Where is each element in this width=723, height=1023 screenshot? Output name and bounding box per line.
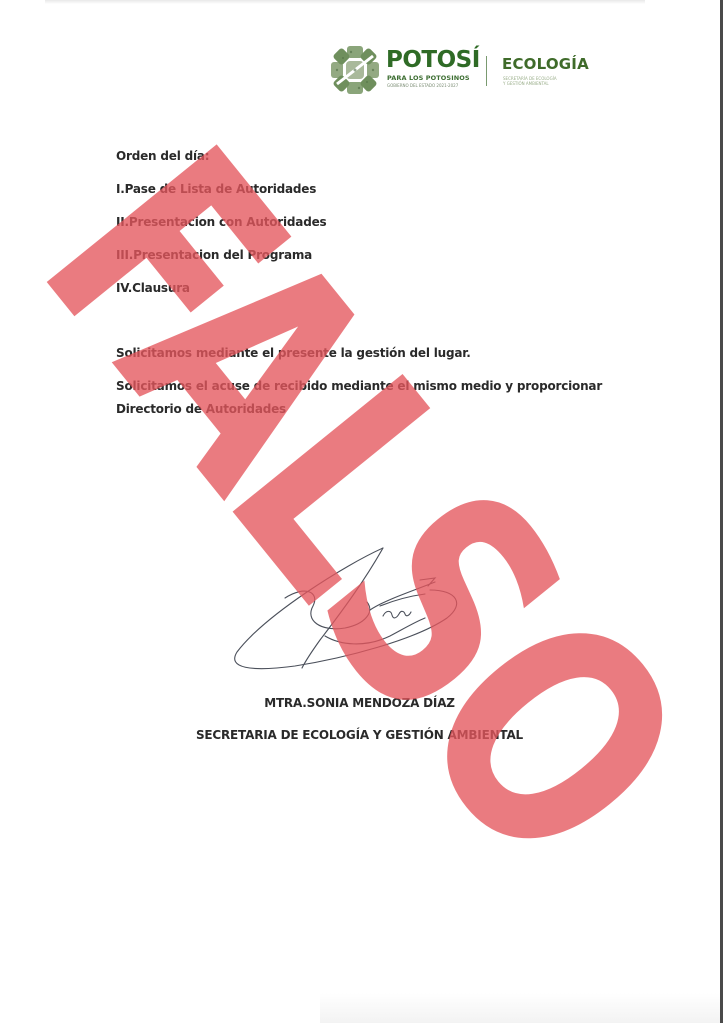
agenda-item: II.Presentacion con Autoridades [116,215,326,229]
ecologia-logo-subtitle: SECRETARÍA DE ECOLOGÍA Y GESTIÓN AMBIENT… [503,76,573,86]
signatory-title: SECRETARIA DE ECOLOGÍA Y GESTIÓN AMBIENT… [0,728,719,742]
ecologia-subtitle-line2: Y GESTIÓN AMBIENTAL [503,81,573,86]
falso-stamp-text: FALSO [0,91,723,920]
handwritten-signature-icon [225,540,475,685]
agenda-item: I.Pase de Lista de Autoridades [116,182,316,196]
falso-stamp: FALSO [0,0,723,1023]
potosi-logo-title: POTOSÍ [386,49,480,72]
page-top-shadow [45,0,645,4]
document-page: POTOSÍ PARA LOS POTOSINOS GOBIERNO DEL E… [0,0,719,1023]
ecologia-logo-title: ECOLOGÍA [502,57,589,72]
agenda-item: IV.Clausura [116,281,190,295]
potosi-logo-subtitle: PARA LOS POTOSINOS [387,74,470,82]
agenda-item: III.Presentacion del Programa [116,248,312,262]
potosi-emblem-icon [329,44,381,96]
potosi-logo-government-line: GOBIERNO DEL ESTADO 2021-2027 [387,83,458,88]
page-bottom-shadow [320,993,720,1023]
logo-divider [486,56,487,86]
agenda-heading: Orden del día: [116,149,209,163]
request-paragraph: Solicitamos mediante el presente la gest… [116,346,471,360]
request-paragraph: Solicitamos el acuse de recibido mediant… [116,379,602,393]
signatory-name: MTRA.SONIA MENDOZA DÍAZ [0,696,719,710]
request-paragraph-continuation: Directorio de Autoridades [116,402,286,416]
